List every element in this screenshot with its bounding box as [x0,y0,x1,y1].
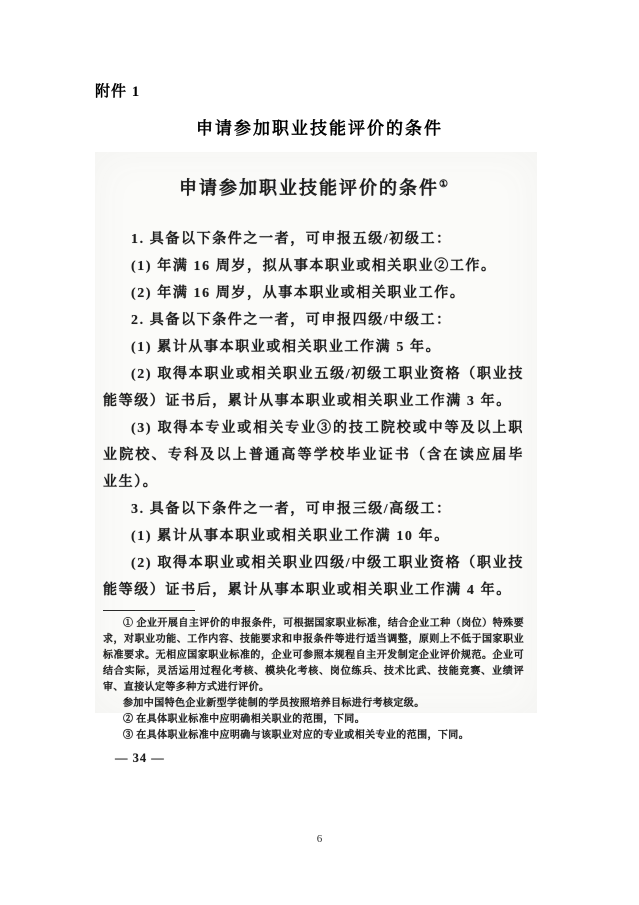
footnote: ① 企业开展自主评价的申报条件，可根据国家职业标准，结合企业工种（岗位）特殊要求… [103,616,524,696]
footnote: 参加中国特色企业新型学徒制的学员按照培养目标进行考核定级。 [103,696,524,712]
body-paragraph: (1) 年满 16 周岁，拟从事本职业或相关职业②工作。 [103,253,524,280]
attachment-label: 附件 1 [95,80,140,101]
document-page: 附件 1 申请参加职业技能评价的条件 申请参加职业技能评价的条件① 1. 具备以… [0,0,639,905]
body-paragraph: (3) 取得本专业或相关专业③的技工院校或中等及以上职业院校、专科及以上普通高等… [103,415,524,496]
footnote-divider [103,610,195,611]
body-paragraph: (2) 取得本职业或相关职业四级/中级工职业资格（职业技能等级）证书后，累计从事… [103,550,524,604]
footnote: ② 在具体职业标准中应明确相关职业的范围，下同。 [103,712,524,728]
scan-page-number: — 34 — [115,751,524,766]
body-paragraph: (1) 累计从事本职业或相关职业工作满 10 年。 [103,523,524,550]
scan-title-text: 申请参加职业技能评价的条件 [179,178,439,198]
body-paragraph: (1) 累计从事本职业或相关职业工作满 5 年。 [103,334,524,361]
body-paragraph: (2) 取得本职业或相关职业五级/初级工职业资格（职业技能等级）证书后，累计从事… [103,361,524,415]
scan-footnotes: ① 企业开展自主评价的申报条件，可根据国家职业标准，结合企业工种（岗位）特殊要求… [103,616,524,744]
body-paragraph: 2. 具备以下条件之一者，可申报四级/中级工： [103,307,524,334]
scan-title: 申请参加职业技能评价的条件① [103,174,524,200]
body-paragraph: (2) 年满 16 周岁，从事本职业或相关职业工作。 [103,280,524,307]
body-paragraph: 3. 具备以下条件之一者，可申报三级/高级工： [103,496,524,523]
scanned-page-image: 申请参加职业技能评价的条件① 1. 具备以下条件之一者，可申报五级/初级工： (… [95,152,537,713]
footnote: ③ 在具体职业标准中应明确与该职业对应的专业或相关专业的范围，下同。 [103,728,524,744]
scan-title-footnote-mark: ① [439,179,448,190]
body-paragraph: 1. 具备以下条件之一者，可申报五级/初级工： [103,226,524,253]
page-number: 6 [0,833,639,845]
document-title: 申请参加职业技能评价的条件 [0,114,639,139]
scan-body: 1. 具备以下条件之一者，可申报五级/初级工： (1) 年满 16 周岁，拟从事… [103,226,524,604]
